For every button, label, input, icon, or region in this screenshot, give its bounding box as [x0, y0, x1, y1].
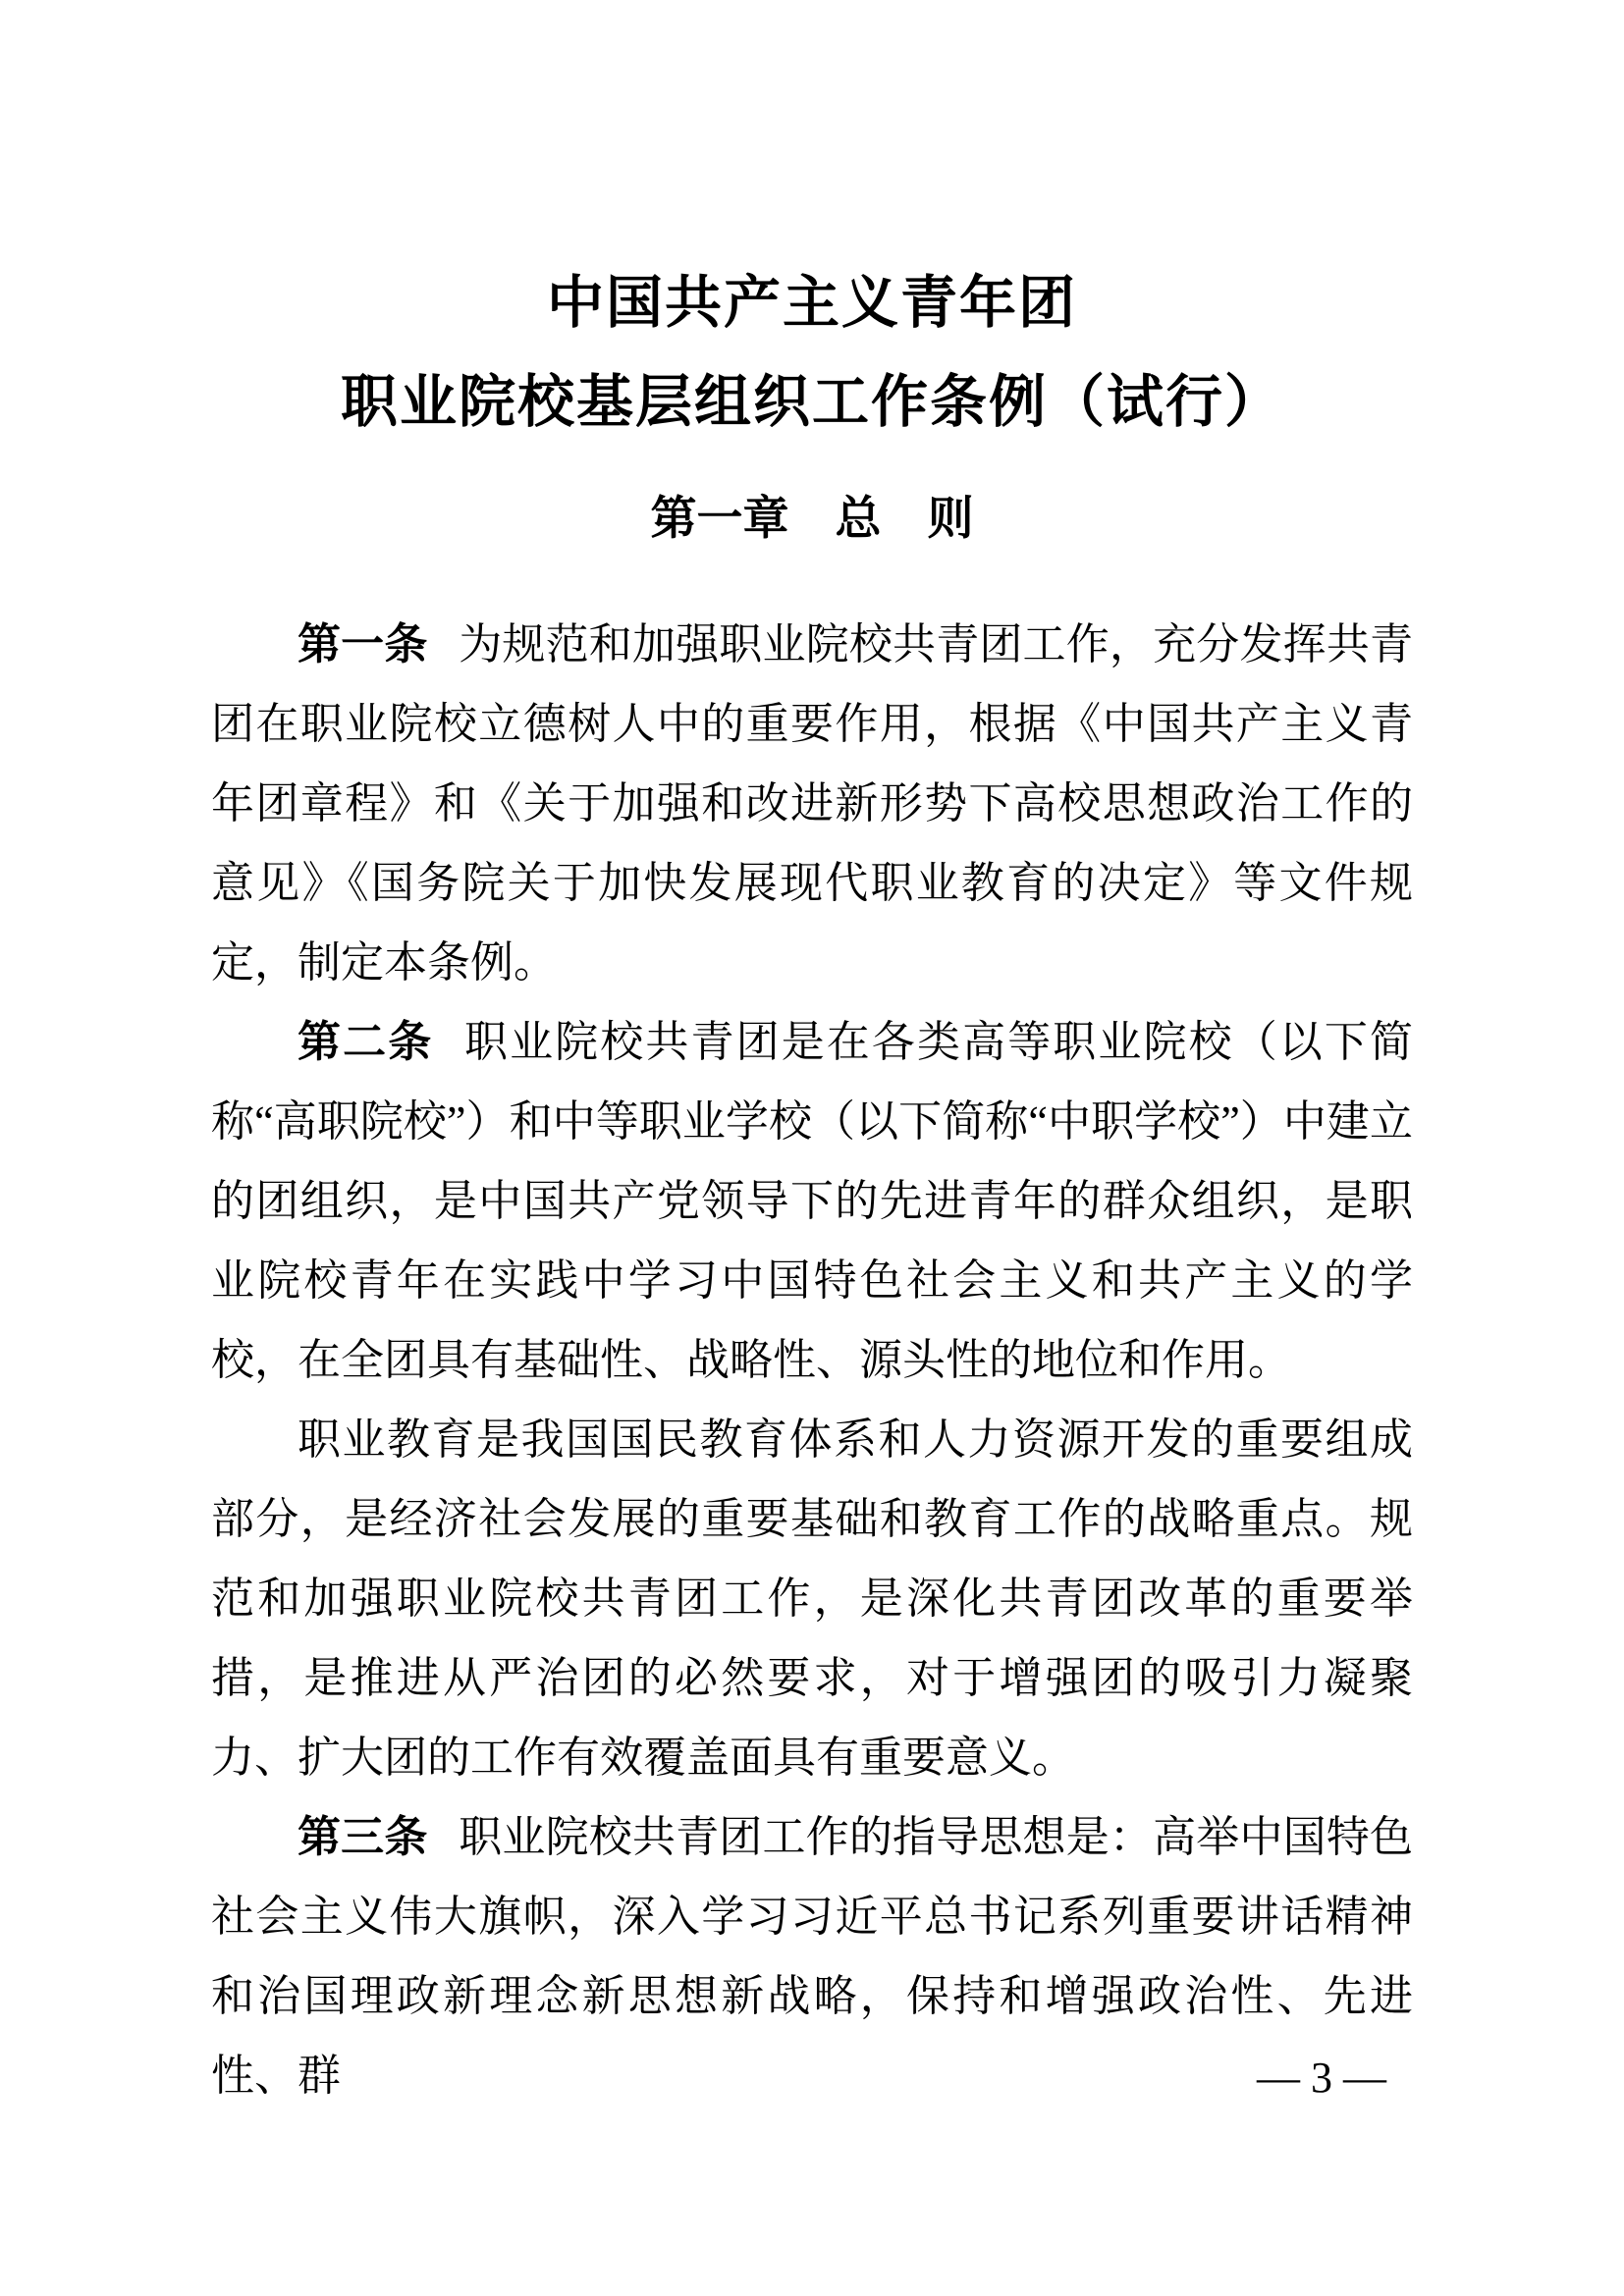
chapter-heading: 第一章 总 则 [0, 489, 1624, 548]
paragraph: 第一条为规范和加强职业院校共青团工作，充分发挥共青团在职业院校立德树人中的重要作… [211, 605, 1413, 1002]
paragraph: 职业教育是我国国民教育体系和人力资源开发的重要组成部分，是经济社会发展的重要基础… [211, 1400, 1413, 1797]
document-title-line-1: 中国共产主义青年团 [0, 253, 1624, 352]
paragraph: 第三条职业院校共青团工作的指导思想是：高举中国特色社会主义伟大旗帜，深入学习习近… [211, 1797, 1413, 2115]
document-title-line-2: 职业院校基层组织工作条例（试行） [0, 352, 1624, 452]
document-body: 第一条为规范和加强职业院校共青团工作，充分发挥共青团在职业院校立德树人中的重要作… [211, 605, 1413, 2115]
article-number: 第二条 [298, 1018, 464, 1066]
paragraph-text: 为规范和加强职业院校共青团工作，充分发挥共青团在职业院校立德树人中的重要作用，根… [211, 620, 1413, 987]
paragraph: 第二条职业院校共青团是在各类高等职业院校（以下简称“高职院校”）和中等职业学校（… [211, 1002, 1413, 1400]
paragraph-text: 职业院校共青团是在各类高等职业院校（以下简称“高职院校”）和中等职业学校（以下简… [211, 1018, 1413, 1384]
article-number: 第一条 [298, 620, 459, 668]
page-number: — 3 — [1235, 2054, 1408, 2103]
paragraph-text: 职业教育是我国国民教育体系和人力资源开发的重要组成部分，是经济社会发展的重要基础… [211, 1415, 1413, 1782]
document-page: 中国共产主义青年团 职业院校基层组织工作条例（试行） 第一章 总 则 第一条为规… [0, 0, 1624, 2296]
article-number: 第三条 [298, 1813, 459, 1861]
document-title: 中国共产主义青年团 职业院校基层组织工作条例（试行） [0, 253, 1624, 452]
